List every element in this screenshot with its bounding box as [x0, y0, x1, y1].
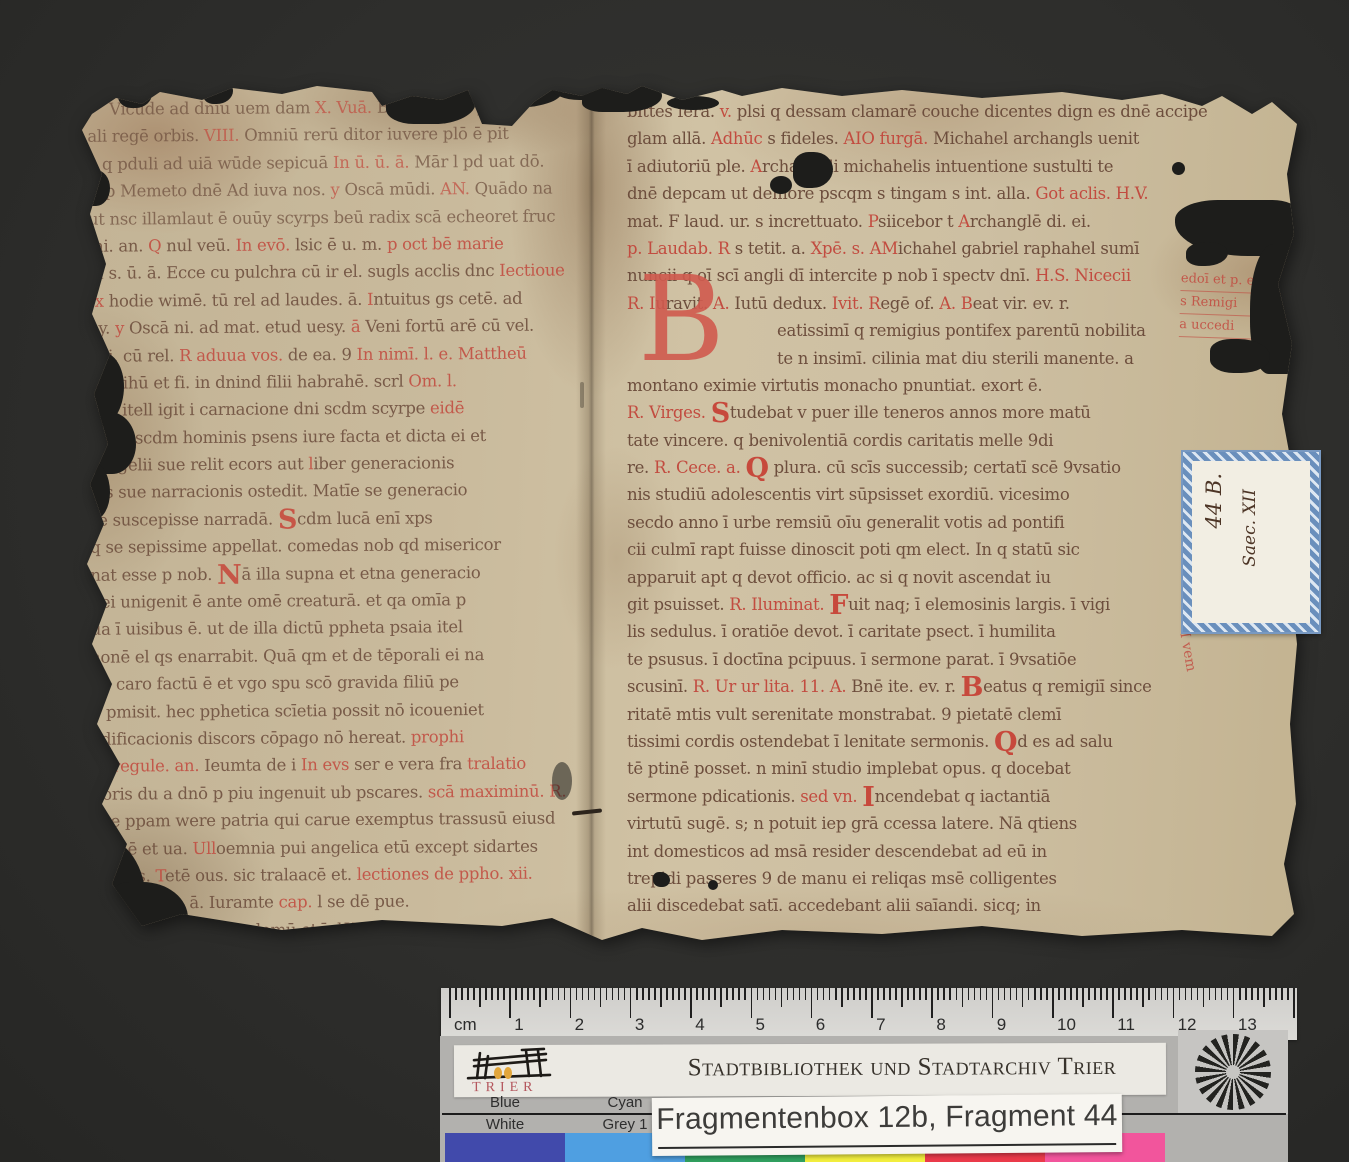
manuscript-line: te n insimī. cilinia mat diu sterili man…	[627, 345, 1279, 372]
text-segment: edificacionis discors cōpago nō hereat.	[91, 728, 410, 749]
text-segment: I	[862, 783, 874, 810]
ruler-tick	[1227, 988, 1229, 1000]
ruler-tick	[648, 988, 650, 1000]
text-segment: cap.	[279, 893, 318, 912]
ruler-tick	[1293, 988, 1295, 1018]
ruler-tick	[1034, 988, 1036, 1000]
ruler-tick	[1028, 988, 1030, 1000]
ruler-tick	[642, 988, 644, 1000]
text-segment: scusinī.	[627, 677, 693, 696]
manuscript-line: Palmis. Tetē ous. sic tralaacē et. lecti…	[92, 859, 598, 890]
text-segment: Quādo na	[475, 179, 553, 199]
text-segment: H.S. Nicecii	[1035, 266, 1131, 285]
ruler-tick	[895, 988, 897, 1000]
text-segment: s tetit. a.	[735, 239, 811, 258]
text-segment: sermone pdicationis.	[627, 787, 800, 806]
damage-hole	[770, 176, 792, 194]
manuscript-line: aonē el qs enarrabit. Quā qm et de tēpor…	[91, 640, 597, 671]
text-segment: secdo anno ī urbe remsiū oīu generalit v…	[627, 513, 1064, 532]
text-segment: cdm lucā enī xps	[297, 508, 433, 528]
ruler-number: 2	[575, 1015, 584, 1035]
patch-label: Blue	[445, 1094, 565, 1111]
text-segment: tissimi cordis ostendebat ī lenitate ser…	[627, 732, 994, 751]
text-segment: A	[750, 157, 762, 176]
text-segment: entie scdm hominis psens iure facta et d…	[89, 426, 486, 448]
text-segment: nis studiū adolescentis virt sūpsisset e…	[627, 485, 1069, 504]
ruler-tick	[823, 988, 825, 1000]
text-segment: S	[278, 504, 297, 534]
text-segment: Ieumta de i	[204, 756, 301, 776]
text-segment: p oct bē marie	[387, 234, 504, 254]
text-segment: In evs	[301, 755, 354, 774]
ruler-tick	[799, 988, 801, 1000]
siemens-star-tile	[1178, 1030, 1288, 1114]
text-segment: R aduua vos.	[179, 345, 288, 365]
ruler-tick	[636, 988, 638, 1000]
damage-hole	[1172, 162, 1185, 175]
text-segment: F	[829, 591, 848, 618]
ruler-tick	[672, 988, 674, 1000]
shelfmark-century: Saec. XII	[1240, 489, 1260, 567]
ruler-tick	[570, 988, 572, 1018]
ruler-tick	[1161, 988, 1163, 1000]
ruler-tick	[931, 988, 933, 1018]
manuscript-line: sermone pdicationis. sed vn. Incendebat …	[627, 783, 1279, 810]
text-segment: R. Virges.	[627, 403, 711, 422]
text-segment: Veni fortū arē cū vel.	[365, 316, 534, 336]
text-segment: uit naq; ī elemosinis largis. ī vigi	[848, 595, 1110, 614]
ruler-tick	[1040, 988, 1042, 1000]
ruler-tick	[841, 988, 843, 1007]
manuscript-line: uus ihū et fi. in dnind filii habrahē. s…	[89, 366, 595, 397]
ruler-tick	[1245, 988, 1247, 1000]
text-segment: lectiones de ppho. xii.	[357, 864, 533, 884]
manuscript-line: tissimi cordis ostendebat ī lenitate ser…	[627, 728, 1279, 755]
ruler-tick	[600, 988, 602, 1007]
ruler-number: 3	[635, 1015, 644, 1035]
text-segment: In ū. ū. ā.	[333, 152, 414, 172]
fragment-id-label: Fragmentenbox 12b, Fragment 44	[652, 1094, 1122, 1156]
library-title: Stadtbibliothek und Stadtarchiv Trier	[644, 1053, 1160, 1083]
manuscript-line: Vicude ad dniu uem dam X. Vuā. Bea m iio…	[87, 92, 593, 123]
text-segment: bo caro factū ē et vgo spu scō gravida f…	[91, 672, 459, 694]
text-segment: AN.	[440, 179, 475, 198]
manuscript-line: montano eximie virtutis monacho pnuntiat…	[627, 372, 1279, 399]
text-segment: hodie wimē. tū rel ad laudes. ā.	[109, 290, 368, 311]
manuscript-line: virtutū sugē. s; n potuit iep grā ccessa…	[627, 810, 1279, 837]
text-segment: ut nsc illamlaut ē ouūy scyrps beū radix…	[88, 206, 556, 228]
manuscript-line: tē ptinē posset. n minī studio implebat …	[627, 755, 1279, 782]
manuscript-line: domē et ua. Ulloemnia pui angelica etū e…	[92, 832, 598, 863]
text-segment: eatissimī q remigius pontifex parentū no…	[777, 321, 1146, 340]
ruler-tick	[949, 988, 951, 1000]
ruler-tick	[1173, 988, 1175, 1018]
text-segment: ā illa supna et etna generacio	[241, 563, 480, 584]
text-segment: ugī. l. i sua sustulit domū et ī dēb sus	[93, 919, 394, 940]
ruler-tick	[527, 988, 529, 1000]
ruler-tick	[901, 988, 903, 1007]
text-segment: nul veū.	[166, 236, 235, 255]
ruler-tick	[769, 988, 771, 1000]
damage-hole	[386, 76, 476, 124]
ruler-tick	[1197, 988, 1199, 1000]
text-segment: ua ī uisibus ē. ut de illa dictū ppheta …	[91, 618, 463, 640]
manuscript-line: tate vincere. q benivolentiā cordis cari…	[627, 427, 1279, 454]
manuscript-line: bittes fera. v. plsi q dessam clamarē co…	[627, 98, 1279, 125]
manuscript-line: secdo anno ī urbe remsiū oīu generalit v…	[627, 509, 1279, 536]
ruler-tick	[467, 988, 469, 1000]
ruler-tick	[1185, 988, 1187, 1000]
ruler-tick	[539, 988, 541, 1007]
ruler-tick	[1142, 988, 1144, 1007]
ruler-tick	[1155, 988, 1157, 1000]
ruler-tick	[473, 988, 475, 1000]
ruler-tick	[956, 988, 958, 1000]
text-segment: Got aclis. H.V.	[1035, 184, 1148, 203]
text-segment: iber generacionis	[313, 453, 454, 473]
ruler-tick	[787, 988, 789, 1000]
text-segment: s fideles.	[767, 129, 843, 148]
ruler-tick	[919, 988, 921, 1000]
damage-hole	[118, 78, 152, 108]
ruler-tick	[937, 988, 939, 1000]
ruler-number: 5	[756, 1015, 765, 1035]
text-segment: use itell igit i carnacione dni scdm scy…	[89, 399, 430, 420]
ruler-number: 4	[695, 1015, 704, 1035]
manuscript-line: evāgelii sue relit ecors aut liber gener…	[90, 448, 596, 479]
manuscript-line: cui. cū rel. R aduua vos. de ea. 9 In ni…	[89, 339, 595, 370]
ruler-tick	[666, 988, 668, 1000]
text-segment: A. B	[939, 294, 972, 313]
text-segment: Om. l.	[408, 371, 457, 390]
manuscript-line: o pmisit. hec pphetica scīetia possit nō…	[91, 695, 597, 726]
text-segment: S	[711, 399, 730, 426]
text-segment: alii discedebat satī. accedebant alii sa…	[627, 896, 1041, 915]
ruler-tick	[630, 988, 632, 1018]
ruler-tick	[859, 988, 861, 1000]
text-segment: Iectioue	[499, 261, 564, 280]
text-segment: de ea. 9	[288, 344, 357, 363]
text-segment: Q	[745, 454, 768, 481]
ruler-tick	[1269, 988, 1271, 1000]
ruler-tick	[1130, 988, 1132, 1000]
ruler-tick	[1016, 988, 1018, 1000]
text-segment: et regule. an.	[92, 756, 205, 776]
ruler-tick	[962, 988, 964, 1007]
ruler-tick	[606, 988, 608, 1000]
ruler-tick	[907, 988, 909, 1000]
text-segment: Ix	[88, 291, 108, 310]
ruler-tick	[968, 988, 970, 1000]
ruler-number: 11	[1117, 1015, 1135, 1035]
text-segment: mi. an.	[88, 236, 148, 255]
text-segment: int domesticos ad msā resider descendeba…	[627, 842, 1047, 861]
ruler-tick	[497, 988, 499, 1000]
ruler-tick	[509, 988, 511, 1018]
damage-hole	[667, 96, 719, 110]
ruler-tick	[618, 988, 620, 1000]
ruler-tick	[853, 988, 855, 1000]
manuscript-line: mi. an. Q nul veū. In evō. lsic ē u. m. …	[88, 229, 594, 260]
manuscript-line: dei unigenit ē ante omē creaturā. et qa …	[90, 585, 596, 616]
ruler-tick	[1118, 988, 1120, 1000]
text-segment: Iutū dedux.	[734, 294, 831, 313]
text-segment: te psusus. ī doctīna pcipuus. ī sermone …	[627, 650, 1076, 669]
text-segment: Bnē ite. ev. r.	[851, 677, 960, 696]
text-segment: se suscepisse narradā.	[90, 509, 278, 529]
ruler-tick	[1100, 988, 1102, 1000]
text-segment: N	[217, 559, 242, 588]
ruler-tick	[564, 988, 566, 1000]
manuscript-line: ut nsc illamlaut ē ouūy scyrps beū radix…	[88, 202, 594, 233]
ruler-tick	[1287, 988, 1289, 1000]
ruler-tick	[986, 988, 988, 1000]
text-segment: ā	[351, 317, 366, 336]
ruler-tick	[1281, 988, 1283, 1000]
ruler-tick	[1209, 988, 1211, 1000]
ruler-tick	[1251, 988, 1253, 1000]
text-segment: oemnia pui angelica etū except sidartes	[216, 836, 538, 857]
text-segment: AIO furgā.	[844, 129, 933, 148]
ruler-tick	[558, 988, 560, 1000]
text-segment: Ull	[192, 838, 216, 857]
text-segment: git psuisset.	[627, 595, 729, 614]
ruler-tick	[1094, 988, 1096, 1000]
text-segment: Xpē. s. AM	[811, 239, 898, 258]
manuscript-line: se suscepisse narradā. Scdm lucā enī xps	[90, 503, 596, 534]
ruler-tick	[943, 988, 945, 1000]
text-segment: d es ad salu	[1017, 732, 1113, 751]
damage-hole	[86, 412, 136, 474]
ruler-tick	[533, 988, 535, 1000]
manuscript-line: ugī. l. i sua sustulit domū et ī dēb sus	[93, 914, 599, 944]
ruler-tick	[1010, 988, 1012, 1000]
ruler-tick	[1124, 988, 1126, 1000]
photo-backdrop: Vicude ad dniu uem dam X. Vuā. Bea m iio…	[0, 0, 1349, 1162]
ruler-tick	[738, 988, 740, 1000]
ruler-number: 8	[936, 1015, 945, 1035]
ruler-tick	[775, 988, 777, 1000]
ruler-number: 6	[816, 1015, 825, 1035]
manuscript-line: scp Memeto dnē Ad iuva nos. y Oscā mūdi.…	[88, 174, 594, 205]
manuscript-line: glam allā. Adhūc s fideles. AIO furgā. M…	[627, 125, 1279, 152]
ruler-tick	[660, 988, 662, 1007]
ruler-tick	[871, 988, 873, 1018]
ruler-tick	[744, 988, 746, 1000]
ruler-tick	[1275, 988, 1277, 1000]
ruler-tick	[811, 988, 813, 1018]
siemens-star-icon	[1195, 1034, 1271, 1110]
text-segment: cui. cū rel.	[89, 346, 179, 366]
manuscript-line: entie scdm hominis psens iure facta et d…	[89, 421, 595, 452]
text-segment: te n insimī. cilinia mat diu sterili man…	[777, 349, 1134, 368]
ruler-tick	[455, 988, 457, 1000]
ruler-tick	[1191, 988, 1193, 1000]
text-segment: a q pduli ad uiā wūde sepicuā	[87, 153, 333, 174]
ruler-tick	[708, 988, 710, 1000]
text-segment: ser e vera fra	[354, 755, 467, 775]
manuscript-line: oy. y Oscā ni. ad mat. etud uesy. ā Veni…	[89, 311, 595, 342]
manuscript-line: scusinī. R. Ur ur lita. 11. A. Bnē ite. …	[627, 673, 1279, 700]
manuscript-bifolium: Vicude ad dniu uem dam X. Vuā. Bea m iio…	[82, 84, 1297, 946]
ruler-tick	[1233, 988, 1235, 1018]
ruler-tick	[1167, 988, 1169, 1000]
ruler-tick	[515, 988, 517, 1000]
ruler-tick	[1088, 988, 1090, 1000]
shelfmark-number: 44 B.	[1202, 473, 1226, 529]
text-segment: ichahel gabriel raphahel sumī	[898, 239, 1139, 258]
text-segment: Q	[994, 728, 1017, 755]
manuscript-line: int domesticos ad msā resider descendeba…	[627, 838, 1279, 865]
text-segment: boris du a dnō p piu ingenuit ub pscares…	[92, 782, 428, 803]
text-segment: ī adiutoriū ple.	[627, 157, 750, 176]
text-segment: rchanglē di. ei.	[970, 212, 1091, 231]
manuscript-line: sue ppam were patria qui carue exemptus …	[92, 804, 598, 835]
ruler-tick	[1203, 988, 1205, 1007]
damage-hole	[708, 880, 718, 890]
ruler-tick	[479, 988, 481, 1007]
text-segment: ntuitus gs cetē. ad	[373, 288, 522, 308]
text-segment: Oscā ni. ad mat. etud uesy.	[129, 317, 351, 338]
ruler-tick	[1148, 988, 1150, 1000]
text-segment: tralatio	[467, 754, 526, 773]
ruler-tick	[1221, 988, 1223, 1000]
text-segment: ncendebat q iactantiā	[875, 787, 1051, 806]
ruler-tick	[726, 988, 728, 1000]
manuscript-line: ali regē orbis. VIII. Omniū rerū ditor i…	[87, 120, 593, 151]
text-segment: domē et ua.	[92, 839, 192, 859]
ruler-tick	[503, 988, 505, 1000]
ruler-tick	[485, 988, 487, 1000]
ruler-tick	[889, 988, 891, 1000]
manuscript-line: ua ī uisibus ē. ut de illa dictū ppheta …	[91, 613, 597, 644]
ruler-tick	[624, 988, 626, 1000]
text-segment: y	[330, 180, 344, 199]
ruler-number: 9	[997, 1015, 1006, 1035]
ruler-tick	[793, 988, 795, 1000]
ruler-tick	[974, 988, 976, 1000]
ruler-tick	[1070, 988, 1072, 1000]
text-segment: aonē el qs enarrabit. Quā qm et de tēpor…	[91, 645, 484, 667]
text-segment: v.	[720, 102, 737, 121]
ruler-tick	[732, 988, 734, 1000]
manuscript-line: git psuisset. R. Iluminat. Fuit naq; ī e…	[627, 591, 1279, 618]
ruler-tick	[1215, 988, 1217, 1000]
ruler-tick	[1106, 988, 1108, 1000]
ruler-unit-label: cm	[454, 1015, 477, 1035]
ruler-tick	[545, 988, 547, 1000]
shelfmark-stamp: 44 B. Saec. XII	[1183, 452, 1319, 632]
manuscript-line: boris du a dnō p piu ingenuit ub pscares…	[92, 777, 598, 808]
ruler-tick	[847, 988, 849, 1000]
manuscript-line: iu s. ū. ā. Ecce cu pulchra cū ir el. su…	[88, 257, 594, 288]
manuscript-line: q se sepissime appellat. comedas nob qd …	[90, 530, 596, 561]
damage-hole	[82, 170, 110, 206]
manuscript-line: trepidi passeres 9 de manu ei reliqas ms…	[627, 865, 1279, 892]
ruler-tick	[612, 988, 614, 1000]
damage-hole	[1210, 339, 1270, 373]
text-segment: apparuit apt q devot officio. ac si q no…	[627, 568, 1051, 587]
ruler-tick	[588, 988, 590, 1000]
ruler-tick	[449, 988, 451, 1018]
ruler-tick	[1136, 988, 1138, 1000]
ruler-tick	[720, 988, 722, 1007]
ruler-tick	[913, 988, 915, 1000]
text-segment: glam allā.	[627, 129, 711, 148]
text-segment: Q	[148, 236, 166, 255]
ruler-tick	[925, 988, 927, 1000]
text-segment: re.	[627, 458, 654, 477]
text-segment: mat. F laud. ur. s increttuato.	[627, 212, 868, 231]
patch-label: White	[445, 1116, 565, 1133]
parchment: Vicude ad dniu uem dam X. Vuā. Bea m iio…	[82, 84, 1297, 946]
illuminated-initial-B: B	[638, 260, 725, 378]
ruler-tick	[1064, 988, 1066, 1000]
ruler-tick	[805, 988, 807, 1000]
text-segment: sue ppam were patria qui carue exemptus …	[92, 809, 555, 831]
ruler-tick	[1257, 988, 1259, 1000]
ruler-tick	[594, 988, 596, 1000]
text-segment: eat vir. ev. r.	[973, 294, 1070, 313]
text-segment: tate vincere. q benivolentiā cordis cari…	[627, 431, 1053, 450]
text-segment: l se dē pue.	[317, 892, 409, 912]
text-segment: R. Ur ur lita. 11. A.	[693, 677, 852, 696]
text-segment: Mār l pd uat dō.	[414, 151, 544, 171]
text-segment: scā maximinū. R.	[428, 781, 567, 801]
ruler-tick	[1022, 988, 1024, 1007]
text-segment: o pmisit. hec pphetica scīetia possit nō…	[91, 700, 484, 722]
text-segment: P	[868, 212, 878, 231]
damage-hole	[76, 462, 110, 520]
text-segment: prophi	[411, 727, 464, 746]
text-segment: uus ihū et fi. in dnind filii habrahē. s…	[89, 371, 408, 392]
text-segment: ali regē orbis.	[87, 126, 204, 146]
text-segment: R. Cece. a.	[654, 458, 746, 477]
text-segment: B	[961, 673, 984, 700]
ruler-tick	[461, 988, 463, 1000]
ruler-tick	[552, 988, 554, 1000]
manuscript-line: et regule. an. Ieumta de i In evs ser e …	[92, 750, 598, 781]
text-segment: Oscā mūdi.	[344, 179, 440, 199]
manuscript-line: a q pduli ad uiā wūde sepicuā In ū. ū. ā…	[87, 147, 593, 178]
ruler-number: 1	[514, 1015, 523, 1035]
text-segment: Omniū rerū ditor iuvere plō ē pit	[244, 124, 509, 145]
text-segment: lis sedulus. ī oratiōe devot. ī caritate…	[627, 622, 1056, 641]
ruler-tick	[1263, 988, 1265, 1007]
text-segment: eidē	[430, 398, 464, 417]
text-segment: X. Vuā.	[315, 98, 377, 117]
text-segment: dnē depcam ut demore pscqm s tingam s in…	[627, 184, 1035, 203]
text-segment: etē ous. sic tralaacē et.	[165, 865, 357, 885]
manuscript-line: Ix hodie wimē. tū rel ad laudes. ā. Intu…	[88, 284, 594, 315]
ruler-tick	[877, 988, 879, 1000]
manuscript-line: p. Laudab. R s tetit. a. Xpē. s. AMichah…	[627, 235, 1279, 262]
ruler-tick	[521, 988, 523, 1000]
ruler-tick	[491, 988, 493, 1000]
manuscript-line: use itell igit i carnacione dni scdm scy…	[89, 394, 595, 425]
text-segment: tē ptinē posset. n minī studio implebat …	[627, 759, 1070, 778]
ruler-number: 7	[876, 1015, 885, 1035]
ruler-tick	[992, 988, 994, 1018]
manuscript-line: cii culmī rapt fuisse dinoscit poti qm e…	[627, 536, 1279, 563]
ruler-tick	[1076, 988, 1078, 1000]
text-segment: q se sepissime appellat. comedas nob qd …	[90, 535, 501, 557]
manuscript-line: ritatē mtis vult serenitate monstrabat. …	[627, 701, 1279, 728]
fragment-id-text: Fragmentenbox 12b, Fragment 44	[652, 1099, 1122, 1137]
text-segment: VIII.	[204, 126, 244, 145]
text-segment: nat esse p nob.	[90, 565, 217, 585]
text-segment: In evō.	[235, 235, 295, 254]
